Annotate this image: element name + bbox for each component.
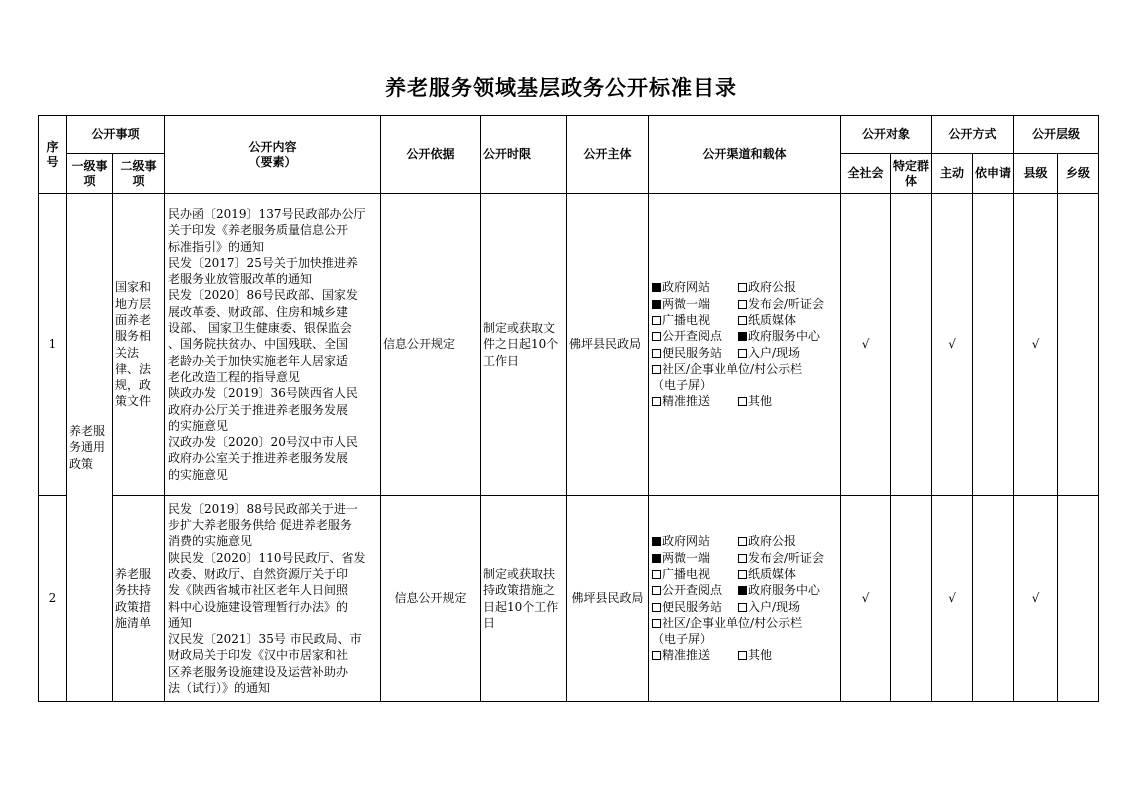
row-channels: 政府网站政府公报两微一端发布会/听证会广播电视纸质媒体公开查阅点政府服务中心便民… xyxy=(649,496,841,702)
channel-row: 便民服务站入户/现场 xyxy=(652,599,837,615)
content-line: 民办函〔2019〕137号民政部办公厅 xyxy=(168,206,377,222)
content-line: 民发〔2017〕25号关于加快推进养 xyxy=(168,255,377,271)
channel-label: 社区/企事业单位/村公示栏 xyxy=(662,616,802,630)
channel-label: 便民服务站 xyxy=(662,600,722,614)
channel-option: 公开查阅点 xyxy=(652,582,738,598)
channel-row: 公开查阅点政府服务中心 xyxy=(652,328,837,344)
row-level-township xyxy=(1058,194,1099,496)
channel-option: 政府网站 xyxy=(652,279,738,295)
channel-row: 社区/企事业单位/村公示栏 xyxy=(652,361,837,377)
row-content: 民发〔2019〕88号民政部关于进一步扩大养老服务供给 促进养老服务消费的实施意… xyxy=(165,496,381,702)
table-row: 1 养老服务通用政策 国家和地方层面养老服务相关法律、法规，政策文件 民办函〔2… xyxy=(39,194,1099,496)
content-line: 财政局关于印发《汉中市居家和社 xyxy=(168,647,377,663)
channel-label: 入户/现场 xyxy=(748,346,800,360)
content-line: 通知 xyxy=(168,615,377,631)
content-line: 消费的实施意见 xyxy=(168,533,377,549)
row-level-county: √ xyxy=(1014,194,1058,496)
channel-label: 政府服务中心 xyxy=(748,329,820,343)
channel-option: 入户/现场 xyxy=(738,599,800,615)
channel-option: （电子屏） xyxy=(652,631,712,647)
unchecked-box-icon xyxy=(738,349,747,358)
channel-option: 政府服务中心 xyxy=(738,328,820,344)
unchecked-box-icon xyxy=(652,316,661,325)
unchecked-box-icon xyxy=(652,586,661,595)
content-line: 的实施意见 xyxy=(168,418,377,434)
unchecked-box-icon xyxy=(738,651,747,660)
channel-label: 公开查阅点 xyxy=(662,583,722,597)
channel-label: 政府公报 xyxy=(748,280,796,294)
table-row: 2 养老服务扶持政策措施清单 民发〔2019〕88号民政部关于进一步扩大养老服务… xyxy=(39,496,1099,702)
channel-option: 社区/企事业单位/村公示栏 xyxy=(652,361,802,377)
row-seq: 1 xyxy=(39,194,67,496)
channel-label: （电子屏） xyxy=(652,632,712,646)
row-basis: 信息公开规定 xyxy=(381,496,481,702)
channel-option: 政府公报 xyxy=(738,279,796,295)
content-line: 老化改造工程的指导意见 xyxy=(168,369,377,385)
channel-row: 广播电视纸质媒体 xyxy=(652,566,837,582)
channel-label: 发布会/听证会 xyxy=(748,297,824,311)
channel-label: 其他 xyxy=(748,394,772,408)
channel-label: 便民服务站 xyxy=(662,346,722,360)
row-time-limit: 制定或获取扶持政策措施之日起10个工作日 xyxy=(481,496,567,702)
channel-label: （电子屏） xyxy=(652,378,712,392)
channel-label: 其他 xyxy=(748,648,772,662)
channel-option: 便民服务站 xyxy=(652,345,738,361)
channel-label: 政府公报 xyxy=(748,534,796,548)
header-level1: 一级事项 xyxy=(67,154,113,194)
unchecked-box-icon xyxy=(738,554,747,563)
checked-box-icon xyxy=(738,332,747,341)
channel-row: 两微一端发布会/听证会 xyxy=(652,296,837,312)
content-line: 汉政办发〔2020〕20号汉中市人民 xyxy=(168,434,377,450)
content-line: 关于印发《养老服务质量信息公开 xyxy=(168,222,377,238)
unchecked-box-icon xyxy=(652,332,661,341)
channel-label: 入户/现场 xyxy=(748,600,800,614)
channel-label: 社区/企事业单位/村公示栏 xyxy=(662,362,802,376)
unchecked-box-icon xyxy=(738,570,747,579)
header-content: 公开内容 （要素） xyxy=(165,116,381,194)
checked-box-icon xyxy=(652,537,661,546)
channel-option: （电子屏） xyxy=(652,377,712,393)
content-line: 设部、 国家卫生健康委、银保监会 xyxy=(168,320,377,336)
checked-box-icon xyxy=(652,300,661,309)
unchecked-box-icon xyxy=(652,619,661,628)
unchecked-box-icon xyxy=(652,570,661,579)
channel-option: 精准推送 xyxy=(652,647,738,663)
channel-label: 两微一端 xyxy=(662,297,710,311)
row-seq: 2 xyxy=(39,496,67,702)
header-basis: 公开依据 xyxy=(381,116,481,194)
unchecked-box-icon xyxy=(738,603,747,612)
row-level2: 国家和地方层面养老服务相关法律、法规，政策文件 xyxy=(113,194,165,496)
row-method-active: √ xyxy=(932,194,973,496)
content-line: 的实施意见 xyxy=(168,467,377,483)
header-target: 公开对象 xyxy=(841,116,932,154)
row-content: 民办函〔2019〕137号民政部办公厅关于印发《养老服务质量信息公开标准指引》的… xyxy=(165,194,381,496)
channel-option: 广播电视 xyxy=(652,566,738,582)
channel-row: 两微一端发布会/听证会 xyxy=(652,550,837,566)
unchecked-box-icon xyxy=(652,603,661,612)
row-method-active: √ xyxy=(932,496,973,702)
content-line: 区养老服务设施建设及运营补助办 xyxy=(168,664,377,680)
row-subject: 佛坪县民政局 xyxy=(567,496,649,702)
unchecked-box-icon xyxy=(738,397,747,406)
channel-label: 精准推送 xyxy=(662,394,710,408)
unchecked-box-icon xyxy=(738,300,747,309)
header-level-county: 县级 xyxy=(1014,154,1058,194)
unchecked-box-icon xyxy=(652,651,661,660)
row-target-all: √ xyxy=(841,194,891,496)
channel-option: 广播电视 xyxy=(652,312,738,328)
header-target-specific: 特定群体 xyxy=(891,154,932,194)
channel-row: 便民服务站入户/现场 xyxy=(652,345,837,361)
unchecked-box-icon xyxy=(652,365,661,374)
unchecked-box-icon xyxy=(738,316,747,325)
content-line: 汉民发〔2021〕35号 市民政局、市 xyxy=(168,631,377,647)
channel-option: 政府服务中心 xyxy=(738,582,820,598)
content-line: 陕民发〔2020〕110号民政厅、省发 xyxy=(168,550,377,566)
row-target-specific xyxy=(891,194,932,496)
channel-label: 政府网站 xyxy=(662,280,710,294)
channel-row: 社区/企事业单位/村公示栏 xyxy=(652,615,837,631)
channel-option: 政府公报 xyxy=(738,533,796,549)
content-line: 料中心设施建设管理暂行办法》的 xyxy=(168,599,377,615)
content-line: 、国务院扶贫办、中国残联、全国 xyxy=(168,336,377,352)
unchecked-box-icon xyxy=(738,537,747,546)
header-level-township: 乡级 xyxy=(1058,154,1099,194)
row-level-township xyxy=(1058,496,1099,702)
channel-label: 公开查阅点 xyxy=(662,329,722,343)
content-line: 陕政办发〔2019〕36号陕西省人民 xyxy=(168,385,377,401)
checked-box-icon xyxy=(652,554,661,563)
header-level2: 二级事项 xyxy=(113,154,165,194)
content-line: 发《陕西省城市社区老年人日间照 xyxy=(168,582,377,598)
header-method-active: 主动 xyxy=(932,154,973,194)
channel-label: 两微一端 xyxy=(662,551,710,565)
checked-box-icon xyxy=(738,586,747,595)
header-subject: 公开主体 xyxy=(567,116,649,194)
channel-row: （电子屏） xyxy=(652,377,837,393)
unchecked-box-icon xyxy=(738,283,747,292)
row-time-limit: 制定或获取文件之日起10个工作日 xyxy=(481,194,567,496)
row-method-apply xyxy=(973,194,1014,496)
channel-row: （电子屏） xyxy=(652,631,837,647)
channel-row: 政府网站政府公报 xyxy=(652,533,837,549)
channel-option: 纸质媒体 xyxy=(738,566,796,582)
header-target-all: 全社会 xyxy=(841,154,891,194)
channel-row: 精准推送其他 xyxy=(652,647,837,663)
header-channels: 公开渠道和载体 xyxy=(649,116,841,194)
row-target-all: √ xyxy=(841,496,891,702)
content-line: 老服务业放管服改革的通知 xyxy=(168,271,377,287)
row-subject: 佛坪县民政局 xyxy=(567,194,649,496)
content-line: 展改革委、财政部、住房和城乡建 xyxy=(168,304,377,320)
row-basis: 信息公开规定 xyxy=(381,194,481,496)
channel-option: 其他 xyxy=(738,393,772,409)
channel-label: 政府服务中心 xyxy=(748,583,820,597)
level1-cell: 养老服务通用政策 xyxy=(67,194,113,702)
channel-label: 精准推送 xyxy=(662,648,710,662)
content-line: 标准指引》的通知 xyxy=(168,239,377,255)
content-line: 民发〔2019〕88号民政部关于进一 xyxy=(168,501,377,517)
channel-option: 两微一端 xyxy=(652,296,738,312)
row-method-apply xyxy=(973,496,1014,702)
channel-option: 发布会/听证会 xyxy=(738,296,824,312)
channel-option: 发布会/听证会 xyxy=(738,550,824,566)
content-line: 改委、财政厅、自然资源厅关于印 xyxy=(168,566,377,582)
document-title: 养老服务领域基层政务公开标准目录 xyxy=(0,72,1122,102)
row-target-specific xyxy=(891,496,932,702)
channel-label: 政府网站 xyxy=(662,534,710,548)
channel-option: 社区/企事业单位/村公示栏 xyxy=(652,615,802,631)
channel-option: 便民服务站 xyxy=(652,599,738,615)
header-method: 公开方式 xyxy=(932,116,1014,154)
header-time-limit: 公开时限 xyxy=(481,116,567,194)
channel-label: 发布会/听证会 xyxy=(748,551,824,565)
channel-option: 两微一端 xyxy=(652,550,738,566)
header-content-label: 公开内容 xyxy=(167,140,378,155)
channel-row: 精准推送其他 xyxy=(652,393,837,409)
row-level2: 养老服务扶持政策措施清单 xyxy=(113,496,165,702)
channel-option: 纸质媒体 xyxy=(738,312,796,328)
channel-label: 纸质媒体 xyxy=(748,313,796,327)
channel-option: 其他 xyxy=(738,647,772,663)
channel-label: 广播电视 xyxy=(662,313,710,327)
channel-option: 入户/现场 xyxy=(738,345,800,361)
channel-row: 广播电视纸质媒体 xyxy=(652,312,837,328)
content-line: 法（试行）》的通知 xyxy=(168,680,377,696)
row-level-county: √ xyxy=(1014,496,1058,702)
content-line: 步扩大养老服务供给 促进养老服务 xyxy=(168,517,377,533)
content-line: 政府办公厅关于推进养老服务发展 xyxy=(168,402,377,418)
content-line: 民发〔2020〕86号民政部、国家发 xyxy=(168,287,377,303)
unchecked-box-icon xyxy=(652,397,661,406)
header-content-sub: （要素） xyxy=(167,155,378,170)
header-method-apply: 依申请 xyxy=(973,154,1014,194)
channel-row: 政府网站政府公报 xyxy=(652,279,837,295)
header-matter: 公开事项 xyxy=(67,116,165,154)
header-level: 公开层级 xyxy=(1014,116,1099,154)
channel-label: 广播电视 xyxy=(662,567,710,581)
content-line: 政府办公室关于推进养老服务发展 xyxy=(168,450,377,466)
content-line: 老龄办关于加快实施老年人居家适 xyxy=(168,353,377,369)
channel-option: 公开查阅点 xyxy=(652,328,738,344)
row-channels: 政府网站政府公报两微一端发布会/听证会广播电视纸质媒体公开查阅点政府服务中心便民… xyxy=(649,194,841,496)
catalog-table: 序号 公开事项 公开内容 （要素） 公开依据 公开时限 公开主体 公开渠道和载体… xyxy=(38,115,1099,702)
channel-option: 精准推送 xyxy=(652,393,738,409)
channel-label: 纸质媒体 xyxy=(748,567,796,581)
checked-box-icon xyxy=(652,283,661,292)
channel-option: 政府网站 xyxy=(652,533,738,549)
header-seq: 序号 xyxy=(39,116,67,194)
unchecked-box-icon xyxy=(652,349,661,358)
channel-row: 公开查阅点政府服务中心 xyxy=(652,582,837,598)
